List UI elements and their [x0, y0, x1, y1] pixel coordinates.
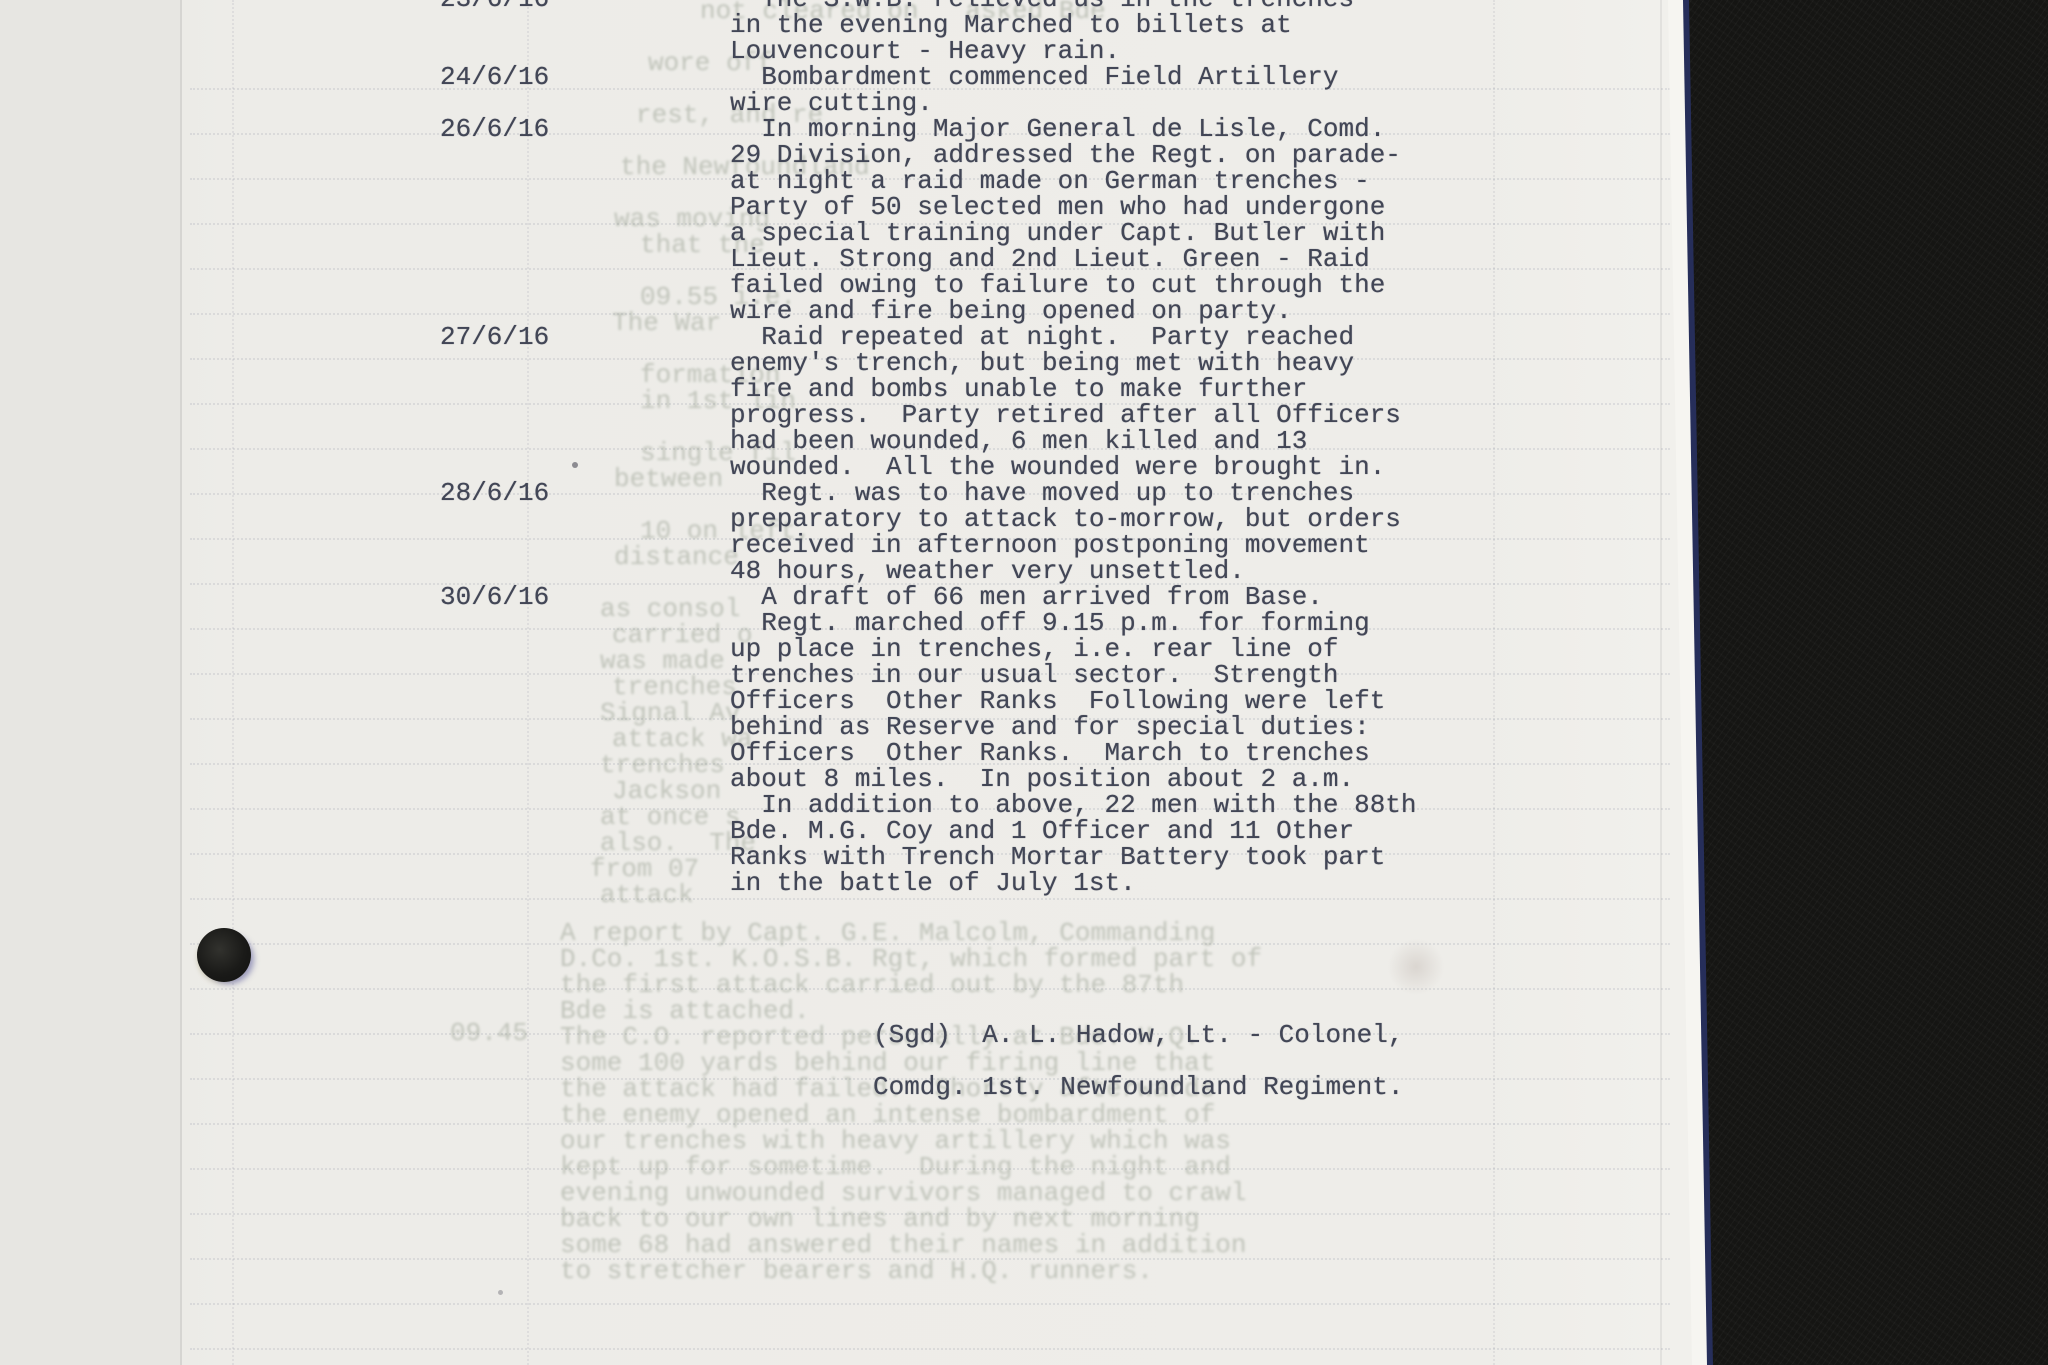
- typed-text-line: about 8 miles. In position about 2 a.m.: [730, 766, 1354, 792]
- typed-text-line: In morning Major General de Lisle, Comd.: [730, 116, 1385, 142]
- bleedthrough-report-line: A report by Capt. G.E. Malcolm, Commandi…: [560, 920, 1215, 946]
- ink-speck: [572, 462, 578, 468]
- ruled-line-horizontal: [190, 898, 1670, 900]
- typed-text-line: wounded. All the wounded were brought in…: [730, 454, 1385, 480]
- bleedthrough-fragment: attack: [600, 882, 694, 908]
- typed-text-line: in the evening Marched to billets at: [730, 12, 1292, 38]
- bleedthrough-report-line: some 68 had answered their names in addi…: [560, 1232, 1247, 1258]
- entry-date-label: 27/6/16: [440, 324, 549, 350]
- bleedthrough-fragment: between: [614, 466, 723, 492]
- typed-text-line: trenches in our usual sector. Strength: [730, 662, 1339, 688]
- signature-line: (Sgd) A. L. Hadow, Lt. - Colonel,: [873, 1022, 1404, 1048]
- bleedthrough-fragment: trenches: [600, 752, 725, 778]
- typed-text-line: In addition to above, 22 men with the 88…: [730, 792, 1417, 818]
- typed-text-line: 29 Division, addressed the Regt. on para…: [730, 142, 1401, 168]
- entry-date-label: 30/6/16: [440, 584, 549, 610]
- typed-text-line: behind as Reserve and for special duties…: [730, 714, 1370, 740]
- typed-text-line: Regt. was to have moved up to trenches: [730, 480, 1354, 506]
- typed-text-line: A draft of 66 men arrived from Base.: [730, 584, 1323, 610]
- typed-text-line: Bde. M.G. Coy and 1 Officer and 11 Other: [730, 818, 1354, 844]
- typed-text-line: Regt. marched off 9.15 p.m. for forming: [730, 610, 1370, 636]
- entry-date-label: 28/6/16: [440, 480, 549, 506]
- entry-date-label: 23/6/16: [440, 0, 549, 12]
- bleedthrough-report-line: kept up for sometime. During the night a…: [560, 1154, 1231, 1180]
- typed-text-line: received in afternoon postponing movemen…: [730, 532, 1370, 558]
- ink-speck: [498, 1290, 503, 1295]
- bleedthrough-report-line: D.Co. 1st. K.O.S.B. Rgt, which formed pa…: [560, 946, 1262, 972]
- typed-text-line: preparatory to attack to-morrow, but ord…: [730, 506, 1401, 532]
- signature-unit-line: Comdg. 1st. Newfoundland Regiment.: [873, 1074, 1404, 1100]
- typed-text-line: fire and bombs unable to make further: [730, 376, 1307, 402]
- typed-text-line: failed owing to failure to cut through t…: [730, 272, 1385, 298]
- bleedthrough-report-line: the enemy opened an intense bombardment …: [560, 1102, 1215, 1128]
- typed-text-line: Lieut. Strong and 2nd Lieut. Green - Rai…: [730, 246, 1370, 272]
- typed-text-line: Ranks with Trench Mortar Battery took pa…: [730, 844, 1385, 870]
- typed-text-line: a special training under Capt. Butler wi…: [730, 220, 1385, 246]
- bleedthrough-report-line: evening unwounded survivors managed to c…: [560, 1180, 1247, 1206]
- bleedthrough-report-line: to stretcher bearers and H.Q. runners.: [560, 1258, 1153, 1284]
- photo-canvas: not cleared on asked Bdewore offrest, an…: [0, 0, 2048, 1365]
- bleedthrough-fragment: distance: [614, 544, 739, 570]
- typed-text-line: Officers Other Ranks. March to trenches: [730, 740, 1370, 766]
- bleedthrough-fragment: The War: [612, 310, 721, 336]
- bleedthrough-fragment: Jackson: [612, 778, 721, 804]
- bleedthrough-fragment: at once s: [600, 804, 740, 830]
- ruled-line-vertical: [527, 0, 529, 1365]
- bleedthrough-fragment: Signal Av: [600, 700, 740, 726]
- underlying-sheet-edge: [0, 0, 182, 1365]
- smudge-mark: [1388, 938, 1444, 996]
- bleedthrough-fragment: from 07: [590, 856, 699, 882]
- entry-date-label: 26/6/16: [440, 116, 549, 142]
- typed-text-line: wire cutting.: [730, 90, 933, 116]
- bleedthrough-report-line: back to our own lines and by next mornin…: [560, 1206, 1200, 1232]
- bleedthrough-fragment: as consol: [600, 596, 740, 622]
- typed-text-line: Louvencourt - Heavy rain.: [730, 38, 1120, 64]
- ruled-line-vertical: [232, 0, 234, 1365]
- typed-text-line: Raid repeated at night. Party reached: [730, 324, 1354, 350]
- typed-text-line: in the battle of July 1st.: [730, 870, 1136, 896]
- ruled-line-horizontal: [190, 1303, 1670, 1305]
- typed-text-line: progress. Party retired after all Office…: [730, 402, 1401, 428]
- typed-text-line: Officers Other Ranks Following were left: [730, 688, 1385, 714]
- typed-text-line: had been wounded, 6 men killed and 13: [730, 428, 1307, 454]
- bleedthrough-fragment: trenches: [612, 674, 737, 700]
- page-crease: [1660, 0, 1662, 1365]
- typed-text-line: wire and fire being opened on party.: [730, 298, 1292, 324]
- typed-text-line: at night a raid made on German trenches …: [730, 168, 1370, 194]
- typed-text-line: Bombardment commenced Field Artillery: [730, 64, 1339, 90]
- ruled-line-vertical: [1493, 0, 1495, 1365]
- bleedthrough-time-note: 09.45: [450, 1020, 528, 1046]
- typed-text-line: Party of 50 selected men who had undergo…: [730, 194, 1385, 220]
- bleedthrough-report-line: our trenches with heavy artillery which …: [560, 1128, 1231, 1154]
- bleedthrough-report-line: the first attack carried out by the 87th: [560, 972, 1184, 998]
- typed-text-line: up place in trenches, i.e. rear line of: [730, 636, 1339, 662]
- bleedthrough-report-line: Bde is attached.: [560, 998, 810, 1024]
- typed-text-line: 48 hours, weather very unsettled.: [730, 558, 1245, 584]
- bleedthrough-fragment: was made: [600, 648, 725, 674]
- entry-date-label: 24/6/16: [440, 64, 549, 90]
- typed-text-line: enemy's trench, but being met with heavy: [730, 350, 1354, 376]
- ruled-line-horizontal: [190, 1348, 1670, 1350]
- hole-punch-mark: [197, 928, 251, 982]
